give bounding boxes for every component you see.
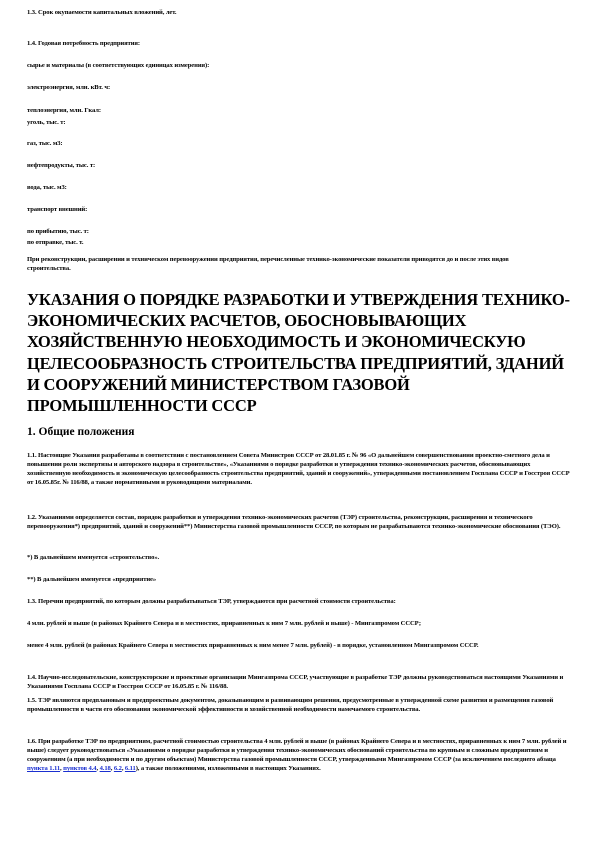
intro-line: 1.3. Срок окупаемости капитальных вложен… — [27, 8, 176, 17]
link-item-1-11[interactable]: пункта 1.11 — [27, 765, 60, 772]
link-item-4-18[interactable]: 4.18 — [100, 765, 111, 772]
intro-line: электроэнергия, млн. кВт. ч: — [27, 83, 110, 92]
paragraph-1-3: 1.3. Перечни предприятий, по которым дол… — [27, 597, 572, 606]
intro-line: по отправке, тыс. т. — [27, 238, 83, 247]
paragraph-1-6-tail: ), а также положениями, изложенными в на… — [136, 765, 321, 772]
intro-line: сырье и материалы (в соответствующих еди… — [27, 61, 209, 70]
paragraph-1-4: 1.4. Научно-исследовательские, конструкт… — [27, 673, 572, 691]
footnote-2: **) В дальнейшем именуется «предприятие» — [27, 575, 572, 584]
paragraph-1-1: 1.1. Настоящие Указания разработаны в со… — [27, 451, 572, 487]
link-item-6-11[interactable]: 6.11 — [125, 765, 136, 772]
paragraph-1-3-a: 4 млн. рублей и выше (в районах Крайнего… — [27, 619, 572, 628]
paragraph-1-2: 1.2. Указаниями определяется состав, пор… — [27, 513, 572, 531]
intro-line: теплоэнергия, млн. Гкал: — [27, 106, 101, 115]
link-item-6-2[interactable]: 6.2 — [114, 765, 122, 772]
footnote-1: *) В дальнейшем именуется «строительство… — [27, 553, 572, 562]
intro-line: газ, тыс. м3: — [27, 139, 63, 148]
link-items-4-4[interactable]: пунктов 4.4 — [63, 765, 96, 772]
paragraph-1-5: 1.5. ТЭР являются предплановым и предпро… — [27, 696, 572, 714]
paragraph-1-6-text: 1.6. При разработке ТЭР по предприятиям,… — [27, 738, 566, 763]
document-title: УКАЗАНИЯ О ПОРЯДКЕ РАЗРАБОТКИ И УТВЕРЖДЕ… — [27, 289, 572, 416]
intro-line: по прибытию, тыс. т: — [27, 227, 89, 236]
paragraph-1-6: 1.6. При разработке ТЭР по предприятиям,… — [27, 737, 572, 773]
intro-line: уголь, тыс. т: — [27, 118, 65, 127]
intro-note: При реконструкции, расширении и техничес… — [27, 255, 527, 273]
intro-line: вода, тыс. м3: — [27, 183, 67, 192]
intro-line: нефтепродукты, тыс. т: — [27, 161, 95, 170]
intro-line: транспорт внешний: — [27, 205, 87, 214]
paragraph-1-3-b: менее 4 млн. рублей (в районах Крайнего … — [27, 641, 572, 650]
intro-line: 1.4. Годовая потребность предприятия: — [27, 39, 140, 48]
section-heading: 1. Общие положения — [27, 426, 134, 438]
